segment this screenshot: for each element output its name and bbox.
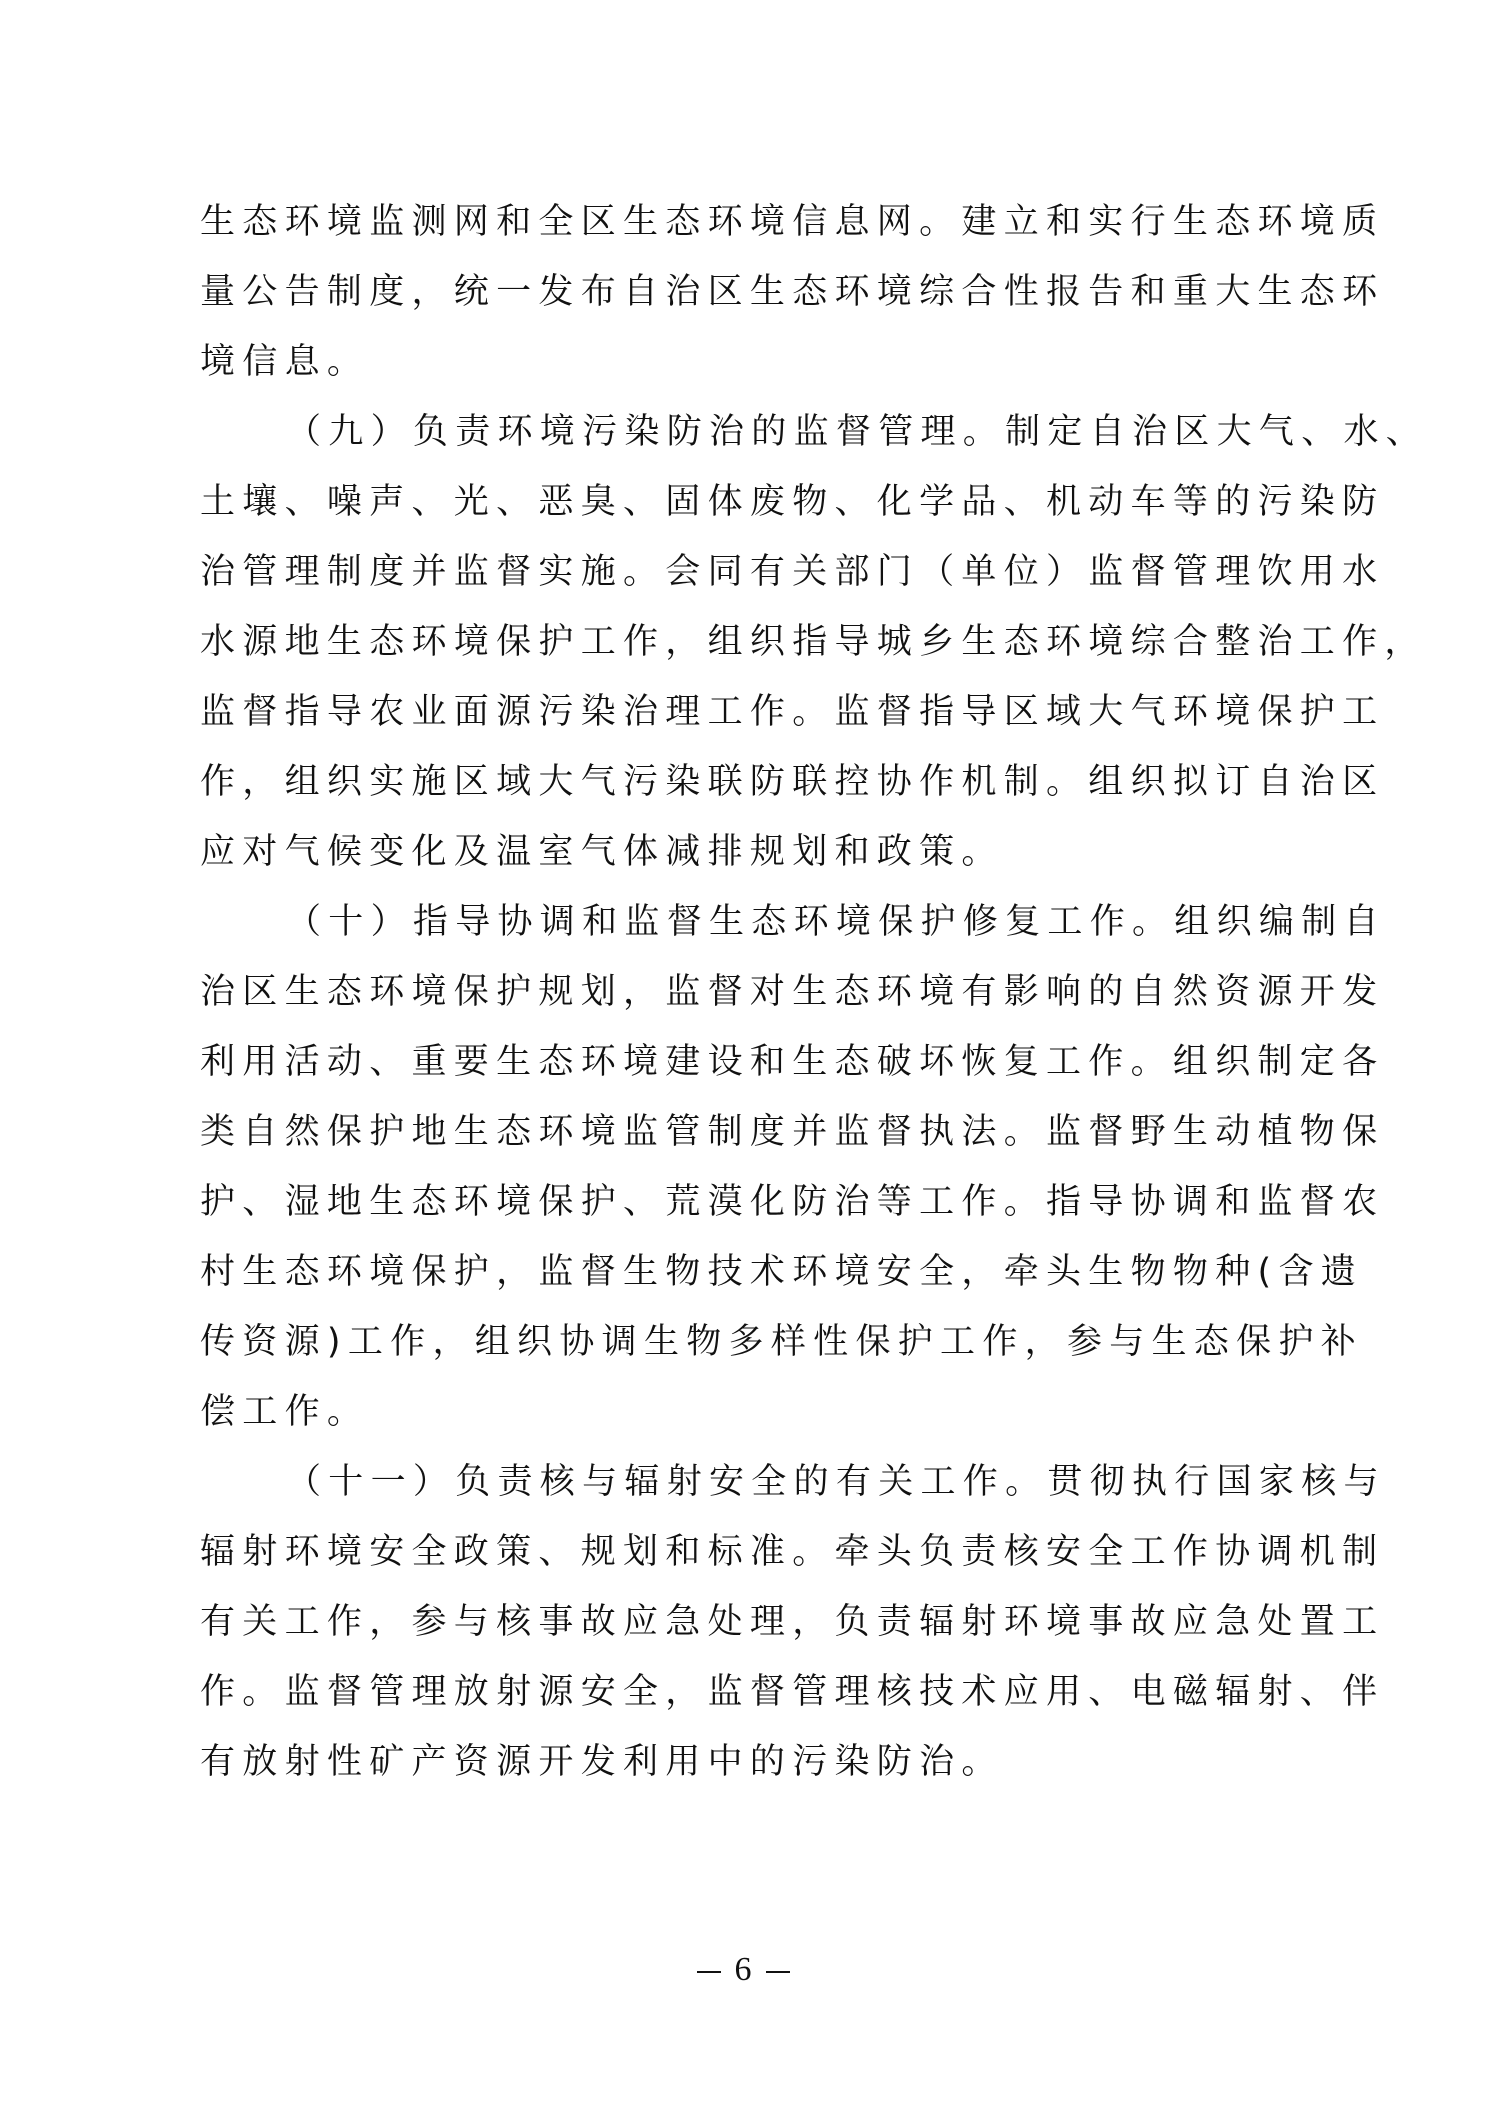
- document-body: 生态环境监测网和全区生态环境信息网。建立和实行生态环境质 量公告制度，统一发布自…: [200, 192, 1310, 1802]
- text-line: 村生态环境保护，监督生物技术环境安全，牵头生物物种(含遗: [200, 1242, 1310, 1312]
- paragraph-item-10: （十）指导协调和监督生态环境保护修复工作。组织编制自 治区生态环境保护规划，监督…: [200, 892, 1310, 1452]
- dash-right-decoration: [766, 1971, 790, 1973]
- text-line: 偿工作。: [200, 1382, 1310, 1452]
- text-line: 护、湿地生态环境保护、荒漠化防治等工作。指导协调和监督农: [200, 1172, 1310, 1242]
- text-line: 治管理制度并监督实施。会同有关部门（单位）监督管理饮用水: [200, 542, 1310, 612]
- text-line: 土壤、噪声、光、恶臭、固体废物、化学品、机动车等的污染防: [200, 472, 1310, 542]
- text-line: 作。监督管理放射源安全，监督管理核技术应用、电磁辐射、伴: [200, 1662, 1310, 1732]
- text-line: 量公告制度，统一发布自治区生态环境综合性报告和重大生态环: [200, 262, 1310, 332]
- dash-left-decoration: [697, 1971, 721, 1973]
- text-line: 类自然保护地生态环境监管制度并监督执法。监督野生动植物保: [200, 1102, 1310, 1172]
- paragraph-item-11: （十一）负责核与辐射安全的有关工作。贯彻执行国家核与 辐射环境安全政策、规划和标…: [200, 1452, 1310, 1802]
- text-line: 应对气候变化及温室气体减排规划和政策。: [200, 822, 1310, 892]
- paragraph-continued: 生态环境监测网和全区生态环境信息网。建立和实行生态环境质 量公告制度，统一发布自…: [200, 192, 1310, 402]
- text-line: 生态环境监测网和全区生态环境信息网。建立和实行生态环境质: [200, 192, 1310, 262]
- text-line: 传资源)工作，组织协调生物多样性保护工作，参与生态保护补: [200, 1312, 1310, 1382]
- paragraph-heading-line: （十）指导协调和监督生态环境保护修复工作。组织编制自: [200, 892, 1310, 962]
- text-line: 治区生态环境保护规划，监督对生态环境有影响的自然资源开发: [200, 962, 1310, 1032]
- text-line: 利用活动、重要生态环境建设和生态破坏恢复工作。组织制定各: [200, 1032, 1310, 1102]
- text-line: 监督指导农业面源污染治理工作。监督指导区域大气环境保护工: [200, 682, 1310, 752]
- paragraph-heading-line: （九）负责环境污染防治的监督管理。制定自治区大气、水、: [200, 402, 1310, 472]
- page-footer: 6: [0, 1950, 1486, 1990]
- paragraph-heading-line: （十一）负责核与辐射安全的有关工作。贯彻执行国家核与: [200, 1452, 1310, 1522]
- document-page: 生态环境监测网和全区生态环境信息网。建立和实行生态环境质 量公告制度，统一发布自…: [0, 0, 1486, 2103]
- text-line: 辐射环境安全政策、规划和标准。牵头负责核安全工作协调机制: [200, 1522, 1310, 1592]
- text-line: 有关工作，参与核事故应急处理，负责辐射环境事故应急处置工: [200, 1592, 1310, 1662]
- text-line: 有放射性矿产资源开发利用中的污染防治。: [200, 1732, 1310, 1802]
- page-number: 6: [735, 1951, 752, 1988]
- text-line: 水源地生态环境保护工作，组织指导城乡生态环境综合整治工作，: [200, 612, 1310, 682]
- text-line: 境信息。: [200, 332, 1310, 402]
- text-line: 作，组织实施区域大气污染联防联控协作机制。组织拟订自治区: [200, 752, 1310, 822]
- paragraph-item-9: （九）负责环境污染防治的监督管理。制定自治区大气、水、 土壤、噪声、光、恶臭、固…: [200, 402, 1310, 892]
